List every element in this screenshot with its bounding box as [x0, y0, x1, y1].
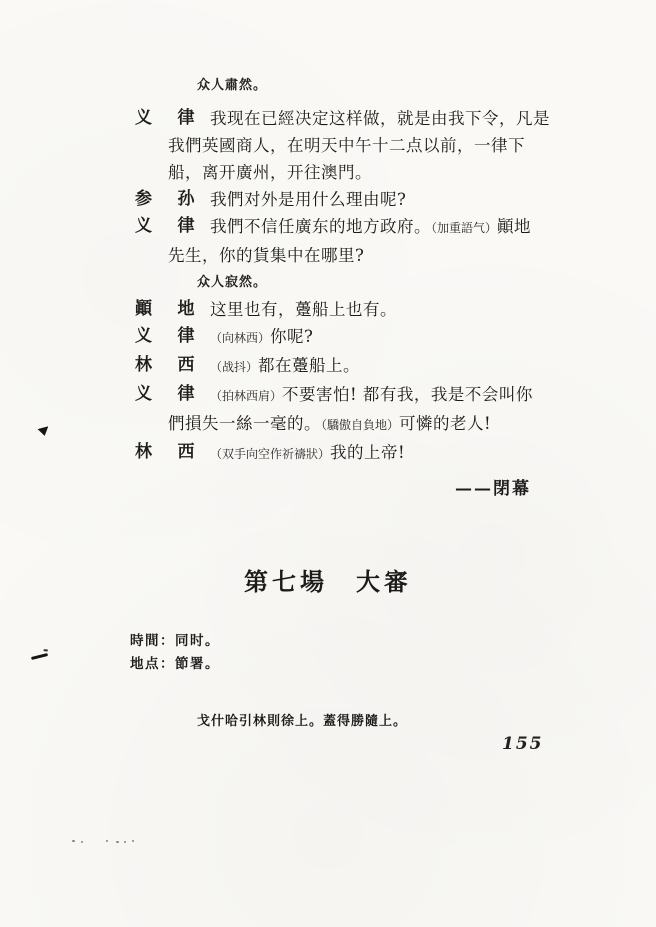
dialogue-line: 义律 我现在已經决定这样做，就是由我下令，凡是 我們英國商人，在明天中午十二点以…	[135, 105, 563, 186]
page-number: 155	[502, 734, 544, 754]
speaker-name: 林西	[135, 439, 195, 466]
speech-text: （战抖）都在躉船上。	[168, 352, 563, 381]
dialogue-line: 义律 我們不信任廣东的地方政府。（加重語气）顚地 先生，你的貨集中在哪里?	[135, 213, 563, 269]
speaker-name: 义律	[135, 213, 195, 240]
ink-mark-dash	[31, 653, 48, 660]
speech-text: 我现在已經决定这样做，就是由我下令，凡是 我們英國商人，在明天中午十二点以前，一…	[168, 105, 563, 186]
opening-stage-direction: 戈什哈引林則徐上。蓋得勝隨上。	[197, 710, 407, 729]
speaker-name: 顚地	[135, 296, 195, 323]
speaker-name: 义律	[135, 381, 195, 408]
speech-text: 我們对外是用什么理由呢?	[168, 186, 563, 213]
speech-text: 这里也有，躉船上也有。	[168, 296, 563, 323]
dialogue-line: 林西 （双手向空作祈禱狀）我的上帝!	[135, 439, 563, 468]
speech-text: （向林西）你呢?	[168, 323, 563, 352]
scene-heading: 第七場 大審	[0, 562, 656, 597]
speaker-name: 义律	[135, 105, 195, 132]
speech-text: （双手向空作祈禱狀）我的上帝!	[168, 439, 563, 468]
scanned-script-page: 众人肅然。 义律 我现在已經决定这样做，就是由我下令，凡是 我們英國商人，在明天…	[0, 0, 656, 927]
scene-time: 時間：同时。	[130, 629, 220, 649]
speaker-name: 林西	[135, 352, 195, 379]
speaker-name: 参孙	[135, 186, 195, 213]
speaker-name: 义律	[135, 323, 195, 350]
dialogue-line: 林西 （战抖）都在躉船上。	[135, 352, 563, 381]
dialogue-line: 顚地 这里也有，躉船上也有。	[135, 296, 563, 323]
dialogue-line: 义律 （向林西）你呢?	[135, 323, 563, 352]
speech-text: 我們不信任廣东的地方政府。（加重語气）顚地 先生，你的貨集中在哪里?	[168, 213, 563, 269]
speech-text: （拍林西肩）不要害怕! 都有我，我是不会叫你 們損失一絲一毫的。（驕傲自負地）可…	[168, 381, 563, 439]
stage-direction: 众人寂然。	[197, 269, 563, 296]
curtain-note: ——閉幕	[135, 474, 563, 499]
dialogue-line: 参孙 我們对外是用什么理由呢?	[135, 186, 563, 213]
scene-place: 地点：節署。	[130, 652, 220, 672]
stage-direction: 众人肅然。	[197, 72, 563, 99]
ink-specks	[72, 838, 192, 844]
dialogue-column: 众人肅然。 义律 我现在已經决定这样做，就是由我下令，凡是 我們英國商人，在明天…	[135, 72, 563, 499]
dialogue-line: 义律 （拍林西肩）不要害怕! 都有我，我是不会叫你 們損失一絲一毫的。（驕傲自負…	[135, 381, 563, 439]
ink-mark-arrow	[37, 426, 49, 436]
